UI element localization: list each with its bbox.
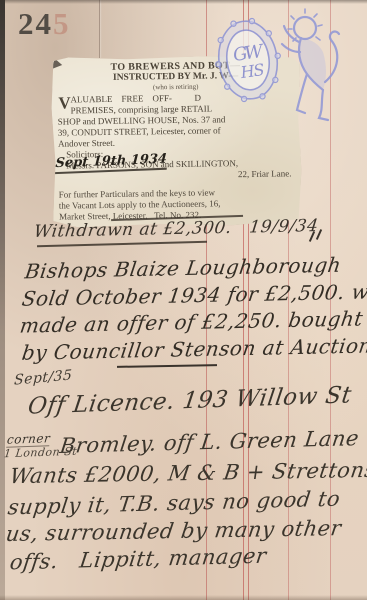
handwriting-line: by Councillor Stenson at Auction. (20, 333, 367, 365)
handwriting-line: Bromley. off L. Green Lane (58, 426, 360, 458)
handwriting-line: Sold October 1934 for £2,500. we (20, 279, 367, 311)
handwriting-line: us, surrounded by many other (4, 516, 343, 546)
handwriting-line: made an offer of £2,250. bought (18, 306, 364, 337)
ledger-page: 245 TO BREWERS AND BOT— INSTRUCTED BY Mr… (0, 0, 367, 600)
handwriting-date-heading: Sept/35 (14, 367, 73, 388)
drop-cap: V (58, 94, 71, 111)
handwriting-line: offs. Lippitt, manager (8, 544, 268, 575)
stamp-letters-hs: HS (238, 60, 265, 82)
gwhs-watermark-stamp: GW HS (213, 0, 355, 132)
page-number: 245 (18, 6, 71, 42)
page-number-main: 24 (18, 6, 53, 41)
handwriting-line: Off Licence. 193 Willow St (26, 382, 353, 419)
ink-divider-line (117, 364, 217, 368)
page-edge-shadow (0, 595, 367, 600)
handwriting-line: supply it, T.B. says no good to (6, 487, 341, 520)
handwriting-line: Bishops Blaize Loughborough (23, 253, 342, 284)
page-number-faded-digit: 5 (53, 6, 71, 41)
binding-edge-shadow (0, 0, 5, 600)
lion-rampant-icon (282, 9, 339, 120)
paper-crease (99, 0, 100, 58)
ink-underline (37, 241, 207, 247)
page-edge-shadow (0, 0, 367, 4)
handwriting-line: Wants £2000, M & B + Strettons (8, 458, 367, 488)
